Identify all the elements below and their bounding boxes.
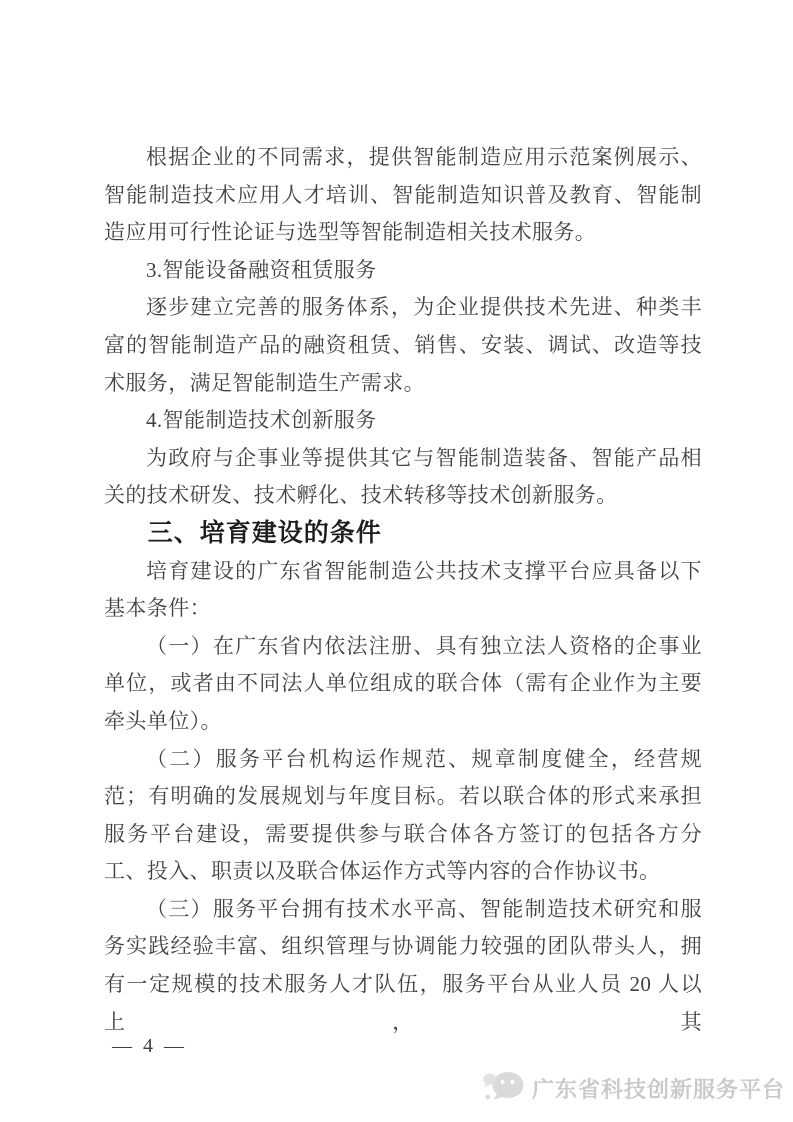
paragraph-intro-services: 根据企业的不同需求，提供智能制造应用示范案例展示、智能制造技术应用人才培训、智能…	[104, 139, 702, 252]
paragraph-condition-1: （一）在广东省内依法注册、具有独立法人资格的企事业单位，或者由不同法人单位组成的…	[104, 628, 702, 741]
paragraph-item-3-title: 3.智能设备融资租赁服务	[104, 252, 702, 290]
document-text-block: 根据企业的不同需求，提供智能制造应用示范案例展示、智能制造技术应用人才培训、智能…	[104, 139, 702, 1041]
paragraph-condition-3: （三）服务平台拥有技术水平高、智能制造技术研究和服务实践经验丰富、组织管理与协调…	[104, 891, 702, 1041]
watermark-label: 广东省科技创新服务平台	[532, 1073, 785, 1104]
wechat-bubbles-icon	[481, 1070, 525, 1106]
page-number: — 4 —	[112, 1035, 187, 1058]
paragraph-condition-2: （二）服务平台机构运作规范、规章制度健全，经营规范；有明确的发展规划与年度目标。…	[104, 741, 702, 891]
paragraph-item-4-title: 4.智能制造技术创新服务	[104, 402, 702, 440]
paragraph-item-3-body: 逐步建立完善的服务体系，为企业提供技术先进、种类丰富的智能制造产品的融资租赁、销…	[104, 289, 702, 402]
paragraph-conditions-intro: 培育建设的广东省智能制造公共技术支撑平台应具备以下基本条件：	[104, 553, 702, 628]
document-page: 根据企业的不同需求，提供智能制造应用示范案例展示、智能制造技术应用人才培训、智能…	[0, 0, 793, 1122]
paragraph-item-4-body: 为政府与企事业等提供其它与智能制造装备、智能产品相关的技术研发、技术孵化、技术转…	[104, 440, 702, 515]
section-heading-three: 三、培育建设的条件	[104, 515, 702, 553]
watermark: 广东省科技创新服务平台	[481, 1070, 785, 1106]
